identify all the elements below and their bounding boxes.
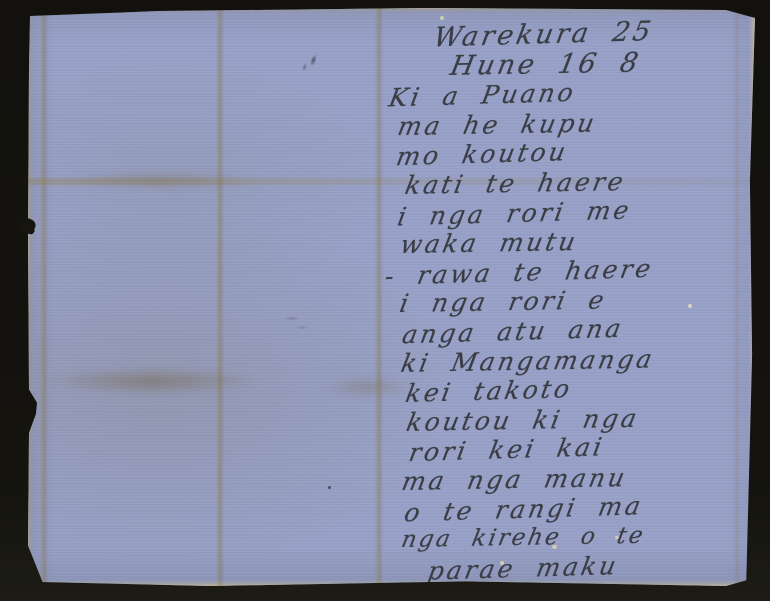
- handwritten-text: i nga rori e: [397, 286, 609, 319]
- letter-paper: Warekura 25 Hune 16 8 Ki a Puano ma he k…: [28, 8, 755, 586]
- handwritten-text: waka mutu: [398, 227, 581, 260]
- stain-band: [62, 170, 252, 190]
- handwritten-text: Hune 16 8: [448, 48, 644, 81]
- paper-speck: [328, 486, 331, 489]
- stain-band: [44, 368, 259, 394]
- handwritten-text: Ki a Puano: [387, 78, 579, 113]
- handwritten-text: kei takoto: [403, 374, 575, 409]
- handwritten-text: ma nga manu: [399, 463, 630, 497]
- letter-body: Warekura 25 Hune 16 8 Ki a Puano ma he k…: [360, 16, 753, 587]
- vertical-fold-crease: [216, 8, 224, 586]
- photograph-background: Warekura 25 Hune 16 8 Ki a Puano ma he k…: [0, 0, 770, 601]
- vertical-fold-crease: [40, 8, 48, 586]
- handwritten-text: ki Mangamanga: [399, 344, 658, 378]
- paper-fleck: [440, 16, 444, 20]
- ink-smudge: [296, 49, 323, 78]
- handwritten-text: mo koutou: [394, 137, 571, 172]
- handwritten-text: parae maku: [425, 551, 621, 586]
- handwritten-text: kati te haere: [403, 167, 629, 201]
- ink-bleedthrough: [276, 308, 316, 334]
